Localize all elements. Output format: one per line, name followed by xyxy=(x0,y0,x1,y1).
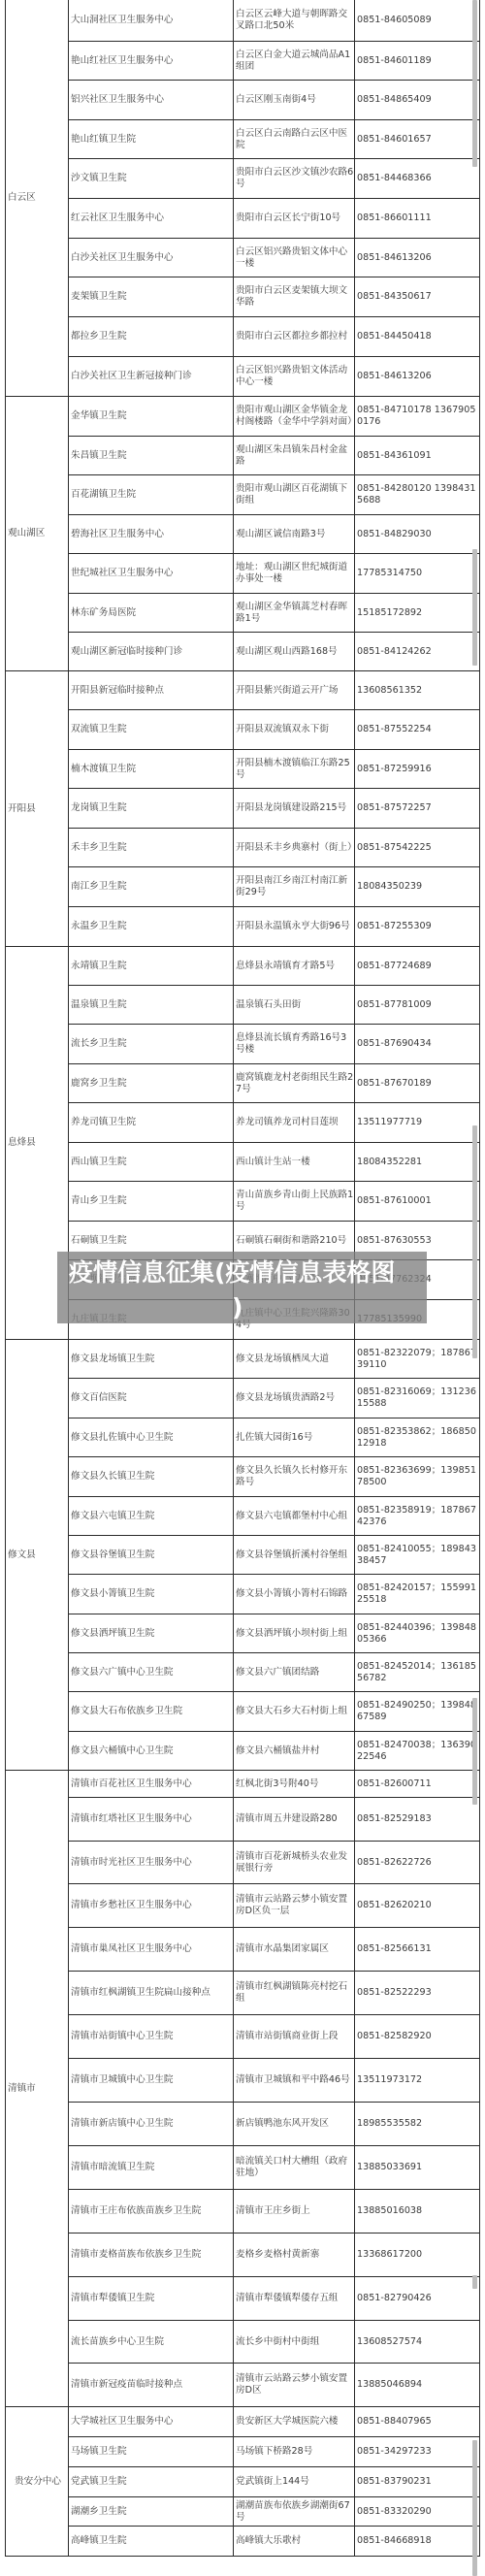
address-cell: 贵阳市观山湖区百花湖镇下街组 xyxy=(234,475,355,515)
address-cell: 贵阳市白云区沙文镇沙农路6号 xyxy=(234,159,355,199)
table-row: 清镇市暗流镇卫生院暗流镇关口村大槽组（政府驻地）13885033691 xyxy=(6,2146,480,2190)
site-name-cell: 碧海社区卫生服务中心 xyxy=(69,515,234,554)
phone-cell: 0851-82420157；15599125518 xyxy=(355,1575,480,1614)
address-cell: 息烽县永靖镇育才路5号 xyxy=(234,947,355,986)
site-name-cell: 金华镇卫生院 xyxy=(69,397,234,437)
site-name-cell: 修文县小箐镇卫生院 xyxy=(69,1575,234,1614)
address-cell: 青山苗族乡青山街上民族路1号 xyxy=(234,1182,355,1222)
address-cell: 扎佐镇大园街16号 xyxy=(234,1418,355,1457)
phone-cell: 0851-82410055；18984338457 xyxy=(355,1536,480,1575)
site-name-cell: 西山镇卫生院 xyxy=(69,1143,234,1182)
district-cell: 贵安分中心 xyxy=(6,2407,69,2557)
site-name-cell: 清镇市犁倭镇卫生院 xyxy=(69,2277,234,2321)
table-row: 清镇市时光社区卫生服务中心清镇市百花新城桥头农业发展银行旁0851-826227… xyxy=(6,1842,480,1884)
address-cell: 贵安新区大学城医院六楼 xyxy=(234,2407,355,2437)
address-cell: 贵阳市白云区长宁街10号 xyxy=(234,199,355,239)
address-cell: 温泉镇石头田街 xyxy=(234,986,355,1025)
phone-cell: 0851-84613206 xyxy=(355,357,480,397)
site-name-cell: 流长乡卫生院 xyxy=(69,1025,234,1064)
address-cell: 白云区铝兴路贵铝文体中心一楼 xyxy=(234,239,355,277)
title-overlay-banner: 疫情信息征集(疫情信息表格图 ) xyxy=(57,1252,427,1323)
phone-cell: 0851-82490250；13984867589 xyxy=(355,1692,480,1732)
address-cell: 清镇市卫城镇和平中路46号 xyxy=(234,2059,355,2103)
site-name-cell: 清镇市新店镇中心卫生院 xyxy=(69,2103,234,2146)
address-cell: 贵阳市白云区都拉乡都拉村 xyxy=(234,317,355,357)
table-row: 双流镇卫生院开阳县双流镇双永下街0851-87552254 xyxy=(6,710,480,750)
table-row: 息烽县永靖镇卫生院息烽县永靖镇育才路5号0851-87724689 xyxy=(6,947,480,986)
scrollbar-segment[interactable] xyxy=(472,549,477,666)
site-name-cell: 养龙司镇卫生院 xyxy=(69,1103,234,1143)
phone-cell: 0851-82566131 xyxy=(355,1928,480,1972)
phone-cell: 0851-82440396；13984805366 xyxy=(355,1614,480,1653)
table-row: 艳山红社区卫生服务中心白云区白金大道云城尚品A1组团0851-84601189 xyxy=(6,42,480,81)
address-cell: 贵阳市观山湖区金华镇金龙村阁楼路（金华中学斜对面） xyxy=(234,397,355,437)
phone-cell: 0851-83790231 xyxy=(355,2467,480,2497)
scrollbar-segment[interactable] xyxy=(472,2275,477,2289)
address-cell: 清镇市犁倭镇犁倭存五组 xyxy=(234,2277,355,2321)
site-name-cell: 修文县扎佐镇中心卫生院 xyxy=(69,1418,234,1457)
table-row: 高峰镇卫生院高峰镇大乐歌村0851-84668918 xyxy=(6,2527,480,2557)
table-row: 修文县大石布依族乡卫生院修文县大石乡大石村街上组0851-82490250；13… xyxy=(6,1692,480,1732)
site-name-cell: 龙岗镇卫生院 xyxy=(69,789,234,829)
table-row: 修文百信医院修文县龙场镇贵酒路2号0851-82316069；131236155… xyxy=(6,1379,480,1418)
address-cell: 修文县六广镇团结路 xyxy=(234,1653,355,1692)
phone-cell: 0851-84601657 xyxy=(355,120,480,159)
scrollbar-segment[interactable] xyxy=(472,2440,477,2576)
table-row: 清镇市巢凤社区卫生服务中心清镇市水晶集团家属区0851-82566131 xyxy=(6,1928,480,1972)
phone-cell: 13368617200 xyxy=(355,2234,480,2277)
phone-cell: 0851-82452014；13618556782 xyxy=(355,1653,480,1692)
site-name-cell: 都拉乡卫生院 xyxy=(69,317,234,357)
site-name-cell: 林东矿务局医院 xyxy=(69,594,234,633)
phone-cell: 0851-87781009 xyxy=(355,986,480,1025)
site-name-cell: 高峰镇卫生院 xyxy=(69,2527,234,2557)
table-row: 西山镇卫生院西山镇计生站一楼18084352281 xyxy=(6,1143,480,1182)
address-cell: 开阳县永温镇永亨大街96号 xyxy=(234,907,355,947)
phone-cell: 0851-87255309 xyxy=(355,907,480,947)
table-row: 观山湖区金华镇卫生院贵阳市观山湖区金华镇金龙村阁楼路（金华中学斜对面）0851-… xyxy=(6,397,480,437)
site-name-cell: 双流镇卫生院 xyxy=(69,710,234,750)
site-name-cell: 艳山红社区卫生服务中心 xyxy=(69,42,234,81)
address-cell: 暗流镇关口村大槽组（政府驻地） xyxy=(234,2146,355,2190)
district-cell: 修文县 xyxy=(6,1340,69,1771)
site-name-cell: 大山洞社区卫生服务中心 xyxy=(69,0,234,42)
site-name-cell: 修文县久长镇卫生院 xyxy=(69,1457,234,1497)
table-row: 青山乡卫生院青山苗族乡青山街上民族路1号0851-87610001 xyxy=(6,1182,480,1222)
site-name-cell: 清镇市卫城镇中心卫生院 xyxy=(69,2059,234,2103)
site-name-cell: 党武镇卫生院 xyxy=(69,2467,234,2497)
address-cell: 修文县谷堡镇折溪村谷堡组 xyxy=(234,1536,355,1575)
table-row: 白沙关社区卫生服务中心白云区铝兴路贵铝文体中心一楼0851-84613206 xyxy=(6,239,480,277)
site-name-cell: 铝兴社区卫生服务中心 xyxy=(69,81,234,120)
phone-cell: 0851-87552254 xyxy=(355,710,480,750)
site-name-cell: 永靖镇卫生院 xyxy=(69,947,234,986)
table-row: 修文县谷堡镇卫生院修文县谷堡镇折溪村谷堡组0851-82410055；18984… xyxy=(6,1536,480,1575)
overlay-title-line2: ) xyxy=(69,1290,399,1325)
table-row: 碧海社区卫生服务中心观山湖区诚信南路3号0851-84829030 xyxy=(6,515,480,554)
site-name-cell: 楠木渡镇卫生院 xyxy=(69,750,234,789)
phone-cell: 0851-82363699；13985178500 xyxy=(355,1457,480,1497)
address-cell: 清镇市水晶集团家属区 xyxy=(234,1928,355,1972)
phone-cell: 0851-84124262 xyxy=(355,633,480,671)
table-row: 楠木渡镇卫生院开阳县楠木渡镇临江东路25号0851-87259916 xyxy=(6,750,480,789)
table-row: 艳山红镇卫生院白云区白云南路白云区中医院0851-84601657 xyxy=(6,120,480,159)
phone-cell: 0851-87670189 xyxy=(355,1064,480,1103)
table-row: 红云社区卫生服务中心贵阳市白云区长宁街10号0851-86601111 xyxy=(6,199,480,239)
address-cell: 马场镇下桥路28号 xyxy=(234,2437,355,2467)
table-row: 修文县洒坪镇卫生院修文县洒坪镇小坝村街上组0851-82440396；13984… xyxy=(6,1614,480,1653)
address-cell: 西山镇计生站一楼 xyxy=(234,1143,355,1182)
table-row: 清镇市犁倭镇卫生院清镇市犁倭镇犁倭存五组0851-82790426 xyxy=(6,2277,480,2321)
address-cell: 息烽县流长镇育秀路16号3号楼 xyxy=(234,1025,355,1064)
phone-cell: 15185172892 xyxy=(355,594,480,633)
site-name-cell: 麦架镇卫生院 xyxy=(69,277,234,317)
phone-cell: 0851-84361091 xyxy=(355,437,480,475)
table-row: 清镇市乡愁社区卫生服务中心清镇市云站路云梦小镇安置房D区负一层0851-8262… xyxy=(6,1884,480,1928)
address-cell: 修文县六屯镇都堡村中心组 xyxy=(234,1497,355,1536)
address-cell: 修文县小箐镇小箐村石锦路 xyxy=(234,1575,355,1614)
district-cell: 开阳县 xyxy=(6,671,69,947)
address-cell: 白云区刚玉南街4号 xyxy=(234,81,355,120)
address-cell: 开阳县南江乡南江村南江新街29号 xyxy=(234,867,355,907)
site-name-cell: 修文县六屯镇卫生院 xyxy=(69,1497,234,1536)
phone-cell: 0851-82358919；18786742376 xyxy=(355,1497,480,1536)
phone-cell: 0851-84605089 xyxy=(355,0,480,42)
phone-cell: 0851-87690434 xyxy=(355,1025,480,1064)
district-cell: 清镇市 xyxy=(6,1771,69,2407)
table-row: 世纪城社区卫生服务中心地址：观山湖区世纪城街道办事处一楼17785314750 xyxy=(6,554,480,594)
site-name-cell: 艳山红镇卫生院 xyxy=(69,120,234,159)
table-row: 温泉镇卫生院温泉镇石头田街0851-87781009 xyxy=(6,986,480,1025)
phone-cell: 13511973172 xyxy=(355,2059,480,2103)
address-cell: 湖潮苗族布依族乡湖潮街67号 xyxy=(234,2497,355,2527)
table-row: 清镇市王庄布依族苗族乡卫生院清镇市王庄乡街上13885016038 xyxy=(6,2190,480,2234)
site-name-cell: 清镇市红枫湖镇卫生院扁山接种点 xyxy=(69,1972,234,2015)
site-name-cell: 修文县六广镇中心卫生院 xyxy=(69,1653,234,1692)
site-name-cell: 白沙关社区卫生新冠接种门诊 xyxy=(69,357,234,397)
table-row: 养龙司镇卫生院养龙司镇养龙司村目莲坝13511977719 xyxy=(6,1103,480,1143)
table-row: 清镇市站街镇中心卫生院清镇市站街镇商业街上段0851-82582920 xyxy=(6,2015,480,2059)
phone-cell: 13511977719 xyxy=(355,1103,480,1143)
address-cell: 白云区白云南路白云区中医院 xyxy=(234,120,355,159)
site-name-cell: 修文县龙场镇卫生院 xyxy=(69,1340,234,1379)
address-cell: 党武镇街上144号 xyxy=(234,2467,355,2497)
address-cell: 清镇市王庄乡街上 xyxy=(234,2190,355,2234)
phone-cell: 13885046894 xyxy=(355,2364,480,2407)
address-cell: 麦格乡麦格村黄新寨 xyxy=(234,2234,355,2277)
phone-cell: 0851-84450418 xyxy=(355,317,480,357)
phone-cell: 0851-84601189 xyxy=(355,42,480,81)
table-row: 清镇市红枫湖镇卫生院扁山接种点清镇市红枫湖镇陈亮村挖石组0851-8252229… xyxy=(6,1972,480,2015)
phone-cell: 13885033691 xyxy=(355,2146,480,2190)
site-name-cell: 清镇市麦格苗族布依族乡卫生院 xyxy=(69,2234,234,2277)
phone-cell: 0851-87259916 xyxy=(355,750,480,789)
address-cell: 地址：观山湖区世纪城街道办事处一楼 xyxy=(234,554,355,594)
address-cell: 流长乡中街村中街组 xyxy=(234,2321,355,2364)
phone-cell: 0851-84613206 xyxy=(355,239,480,277)
site-name-cell: 朱昌镇卫生院 xyxy=(69,437,234,475)
address-cell: 开阳县龙岗镇建设路215号 xyxy=(234,789,355,829)
site-name-cell: 清镇市站街镇中心卫生院 xyxy=(69,2015,234,2059)
table-row: 修文县小箐镇卫生院修文县小箐镇小箐村石锦路0851-82420157；15599… xyxy=(6,1575,480,1614)
site-name-cell: 清镇市暗流镇卫生院 xyxy=(69,2146,234,2190)
address-cell: 清镇市云站路云梦小镇安置房D区 xyxy=(234,2364,355,2407)
phone-cell: 0851-84829030 xyxy=(355,515,480,554)
site-name-cell: 清镇市乡愁社区卫生服务中心 xyxy=(69,1884,234,1928)
table-row: 贵安分中心大学城社区卫生服务中心贵安新区大学城医院六楼0851-88407965 xyxy=(6,2407,480,2437)
phone-cell: 0851-82522293 xyxy=(355,1972,480,2015)
phone-cell: 18985535582 xyxy=(355,2103,480,2146)
phone-cell: 0851-84710178 13679050176 xyxy=(355,397,480,437)
address-cell: 白云区云峰大道与朝晖路交叉路口北50米 xyxy=(234,0,355,42)
phone-cell: 0851-82322079；18786739110 xyxy=(355,1340,480,1379)
phone-cell: 0851-87610001 xyxy=(355,1182,480,1222)
table-row: 林东矿务局医院观山湖区金华镇蒿芝村春晖路1号15185172892 xyxy=(6,594,480,633)
phone-cell: 0851-82622726 xyxy=(355,1842,480,1884)
site-name-cell: 南江乡卫生院 xyxy=(69,867,234,907)
table-row: 百花湖镇卫生院贵阳市观山湖区百花湖镇下街组0851-84280120 13984… xyxy=(6,475,480,515)
phone-cell: 0851-84668918 xyxy=(355,2527,480,2557)
address-cell: 鹿窝镇鹿龙村老街组民生路27号 xyxy=(234,1064,355,1103)
phone-cell: 0851-82620210 xyxy=(355,1884,480,1928)
overlay-title-line1: 疫情信息征集(疫情信息表格图 xyxy=(69,1258,395,1287)
phone-cell: 0851-84280120 13984315688 xyxy=(355,475,480,515)
site-name-cell: 修文县洒坪镇卫生院 xyxy=(69,1614,234,1653)
site-name-cell: 清镇市时光社区卫生服务中心 xyxy=(69,1842,234,1884)
table-row: 湖潮乡卫生院湖潮苗族布依族乡湖潮街67号0851-83320290 xyxy=(6,2497,480,2527)
phone-cell: 0851-84350617 xyxy=(355,277,480,317)
address-cell: 红枫北街3号附40号 xyxy=(234,1771,355,1798)
address-cell: 观山湖区诚信南路3号 xyxy=(234,515,355,554)
address-cell: 修文县大石乡大石村街上组 xyxy=(234,1692,355,1732)
table-row: 鹿窝乡卫生院鹿窝镇鹿龙村老街组民生路27号0851-87670189 xyxy=(6,1064,480,1103)
table-row: 龙岗镇卫生院开阳县龙岗镇建设路215号0851-87572257 xyxy=(6,789,480,829)
table-row: 流长乡卫生院息烽县流长镇育秀路16号3号楼0851-87690434 xyxy=(6,1025,480,1064)
table-row: 铝兴社区卫生服务中心白云区刚玉南街4号0851-84865409 xyxy=(6,81,480,120)
site-name-cell: 修文县谷堡镇卫生院 xyxy=(69,1536,234,1575)
table-row: 朱昌镇卫生院观山湖区朱昌镇朱昌村金盆路0851-84361091 xyxy=(6,437,480,475)
phone-cell: 0851-84865409 xyxy=(355,81,480,120)
site-name-cell: 青山乡卫生院 xyxy=(69,1182,234,1222)
address-cell: 清镇市红枫湖镇陈亮村挖石组 xyxy=(234,1972,355,2015)
address-cell: 观山湖区观山西路168号 xyxy=(234,633,355,671)
phone-cell: 0851-82316069；13123615588 xyxy=(355,1379,480,1418)
table-row: 白沙关社区卫生新冠接种门诊白云区铝兴路贵铝文体活动中心一楼0851-846132… xyxy=(6,357,480,397)
address-cell: 修文县龙场镇贵酒路2号 xyxy=(234,1379,355,1418)
site-name-cell: 温泉镇卫生院 xyxy=(69,986,234,1025)
table-row: 修文县六屯镇卫生院修文县六屯镇都堡村中心组0851-82358919；18786… xyxy=(6,1497,480,1536)
phone-cell: 0851-84468366 xyxy=(355,159,480,199)
site-name-cell: 清镇市巢凤社区卫生服务中心 xyxy=(69,1928,234,1972)
table-row: 沙文镇卫生院贵阳市白云区沙文镇沙农路6号0851-84468366 xyxy=(6,159,480,199)
table-row: 清镇市新冠疫苗临时接种点清镇市云站路云梦小镇安置房D区13885046894 xyxy=(6,2364,480,2407)
scrollbar-segment[interactable] xyxy=(472,1698,477,1805)
phone-cell: 13885016038 xyxy=(355,2190,480,2234)
phone-cell: 13608561352 xyxy=(355,671,480,710)
phone-cell: 0851-82470038；13639022546 xyxy=(355,1732,480,1771)
table-row: 党武镇卫生院党武镇街上144号0851-83790231 xyxy=(6,2467,480,2497)
phone-cell: 0851-34297233 xyxy=(355,2437,480,2467)
overlay-title: 疫情信息征集(疫情信息表格图 ) xyxy=(69,1255,399,1325)
phone-cell: 0851-82353862；18685012918 xyxy=(355,1418,480,1457)
site-name-cell: 白沙关社区卫生服务中心 xyxy=(69,239,234,277)
table-row: 清镇市红塔社区卫生服务中心清镇市周五井建设路2800851-82529183 xyxy=(6,1798,480,1842)
phone-cell: 17785314750 xyxy=(355,554,480,594)
phone-cell: 0851-86601111 xyxy=(355,199,480,239)
table-row: 永温乡卫生院开阳县永温镇永亨大街96号0851-87255309 xyxy=(6,907,480,947)
table-row: 流长苗族乡中心卫生院流长乡中街村中街组13608527574 xyxy=(6,2321,480,2364)
address-cell: 清镇市云站路云梦小镇安置房D区负一层 xyxy=(234,1884,355,1928)
address-cell: 开阳县禾丰乡典寨村（街上） xyxy=(234,829,355,867)
table-row: 白云区大山洞社区卫生服务中心白云区云峰大道与朝晖路交叉路口北50米0851-84… xyxy=(6,0,480,42)
address-cell: 养龙司镇养龙司村目莲坝 xyxy=(234,1103,355,1143)
address-cell: 清镇市站街镇商业街上段 xyxy=(234,2015,355,2059)
address-cell: 修文县久长镇久长村修开东路号 xyxy=(234,1457,355,1497)
site-name-cell: 清镇市红塔社区卫生服务中心 xyxy=(69,1798,234,1842)
address-cell: 清镇市百花新城桥头农业发展银行旁 xyxy=(234,1842,355,1884)
site-name-cell: 湖潮乡卫生院 xyxy=(69,2497,234,2527)
site-name-cell: 修文百信医院 xyxy=(69,1379,234,1418)
site-name-cell: 修文县六桶镇中心卫生院 xyxy=(69,1732,234,1771)
site-name-cell: 修文县大石布依族乡卫生院 xyxy=(69,1692,234,1732)
site-name-cell: 永温乡卫生院 xyxy=(69,907,234,947)
site-name-cell: 流长苗族乡中心卫生院 xyxy=(69,2321,234,2364)
site-name-cell: 清镇市王庄布依族苗族乡卫生院 xyxy=(69,2190,234,2234)
table-row: 修文县六桶镇中心卫生院修文县六桶镇盐井村0851-82470038；136390… xyxy=(6,1732,480,1771)
site-name-cell: 红云社区卫生服务中心 xyxy=(69,199,234,239)
district-cell: 白云区 xyxy=(6,0,69,397)
table-row: 清镇市新店镇中心卫生院新店镇鸭池东风开发区18985535582 xyxy=(6,2103,480,2146)
table-row: 清镇市清镇市百花社区卫生服务中心红枫北街3号附40号0851-82600711 xyxy=(6,1771,480,1798)
site-name-cell: 世纪城社区卫生服务中心 xyxy=(69,554,234,594)
address-cell: 修文县洒坪镇小坝村街上组 xyxy=(234,1614,355,1653)
site-name-cell: 开阳县新冠临时接种点 xyxy=(69,671,234,710)
table-row: 清镇市麦格苗族布依族乡卫生院麦格乡麦格村黄新寨13368617200 xyxy=(6,2234,480,2277)
scrollbar-segment[interactable] xyxy=(472,1125,477,1358)
site-name-cell: 观山湖区新冠临时接种门诊 xyxy=(69,633,234,671)
site-name-cell: 沙文镇卫生院 xyxy=(69,159,234,199)
district-cell: 观山湖区 xyxy=(6,397,69,671)
phone-cell: 0851-88407965 xyxy=(355,2407,480,2437)
site-name-cell: 鹿窝乡卫生院 xyxy=(69,1064,234,1103)
phone-cell: 0851-87542225 xyxy=(355,829,480,867)
phone-cell: 0851-87572257 xyxy=(355,789,480,829)
address-cell: 高峰镇大乐歌村 xyxy=(234,2527,355,2557)
address-cell: 新店镇鸭池东风开发区 xyxy=(234,2103,355,2146)
address-cell: 修文县龙场镇栖凤大道 xyxy=(234,1340,355,1379)
phone-cell: 0851-82529183 xyxy=(355,1798,480,1842)
site-name-cell: 禾丰乡卫生院 xyxy=(69,829,234,867)
site-name-cell: 百花湖镇卫生院 xyxy=(69,475,234,515)
site-name-cell: 马场镇卫生院 xyxy=(69,2437,234,2467)
site-name-cell: 清镇市百花社区卫生服务中心 xyxy=(69,1771,234,1798)
table-row: 清镇市卫城镇中心卫生院清镇市卫城镇和平中路46号13511973172 xyxy=(6,2059,480,2103)
table-row: 麦架镇卫生院贵阳市白云区麦架镇大坝文华路0851-84350617 xyxy=(6,277,480,317)
table-row: 马场镇卫生院马场镇下桥路28号0851-34297233 xyxy=(6,2437,480,2467)
table-row: 都拉乡卫生院贵阳市白云区都拉乡都拉村0851-84450418 xyxy=(6,317,480,357)
address-cell: 贵阳市白云区麦架镇大坝文华路 xyxy=(234,277,355,317)
phone-cell: 0851-82600711 xyxy=(355,1771,480,1798)
address-cell: 开阳县楠木渡镇临江东路25号 xyxy=(234,750,355,789)
table-row: 修文县六广镇中心卫生院修文县六广镇团结路0851-82452014；136185… xyxy=(6,1653,480,1692)
phone-cell: 18084352281 xyxy=(355,1143,480,1182)
table-row: 开阳县开阳县新冠临时接种点开阳县紫兴街道云开广场13608561352 xyxy=(6,671,480,710)
scrollbar-segment[interactable] xyxy=(472,0,477,167)
table-row: 修文县修文县龙场镇卫生院修文县龙场镇栖凤大道0851-82322079；1878… xyxy=(6,1340,480,1379)
address-cell: 白云区铝兴路贵铝文体活动中心一楼 xyxy=(234,357,355,397)
address-cell: 白云区白金大道云城尚品A1组团 xyxy=(234,42,355,81)
table-row: 南江乡卫生院开阳县南江乡南江村南江新街29号18084350239 xyxy=(6,867,480,907)
address-cell: 观山湖区金华镇蒿芝村春晖路1号 xyxy=(234,594,355,633)
phone-cell: 0851-82790426 xyxy=(355,2277,480,2321)
address-cell: 观山湖区朱昌镇朱昌村金盆路 xyxy=(234,437,355,475)
address-cell: 开阳县紫兴街道云开广场 xyxy=(234,671,355,710)
phone-cell: 13608527574 xyxy=(355,2321,480,2364)
table-row: 观山湖区新冠临时接种门诊观山湖区观山西路168号0851-84124262 xyxy=(6,633,480,671)
phone-cell: 0851-82582920 xyxy=(355,2015,480,2059)
table-row: 修文县久长镇卫生院修文县久长镇久长村修开东路号0851-82363699；139… xyxy=(6,1457,480,1497)
address-cell: 开阳县双流镇双永下街 xyxy=(234,710,355,750)
table-row: 禾丰乡卫生院开阳县禾丰乡典寨村（街上）0851-87542225 xyxy=(6,829,480,867)
address-cell: 清镇市周五井建设路280 xyxy=(234,1798,355,1842)
table-row: 修文县扎佐镇中心卫生院扎佐镇大园街16号0851-82353862；186850… xyxy=(6,1418,480,1457)
address-cell: 修文县六桶镇盐井村 xyxy=(234,1732,355,1771)
phone-cell: 0851-83320290 xyxy=(355,2497,480,2527)
phone-cell: 0851-87724689 xyxy=(355,947,480,986)
site-name-cell: 大学城社区卫生服务中心 xyxy=(69,2407,234,2437)
phone-cell: 18084350239 xyxy=(355,867,480,907)
site-name-cell: 清镇市新冠疫苗临时接种点 xyxy=(69,2364,234,2407)
